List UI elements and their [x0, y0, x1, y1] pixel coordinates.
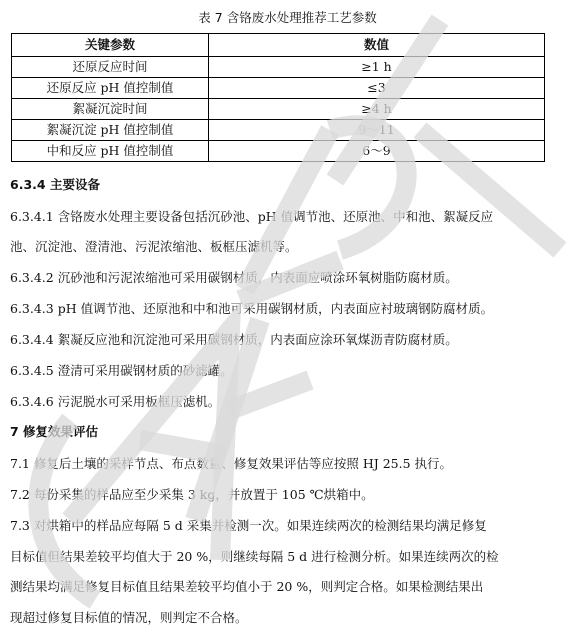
- paragraph-line: 现超过修复目标值的情况，则判定不合格。: [10, 608, 248, 626]
- value-cell: ≥4 h: [209, 99, 545, 120]
- paragraph-line: 6.3.4.2 沉砂池和污泥浓缩池可采用碳钢材质，内表面应喷涂环氧树脂防腐材质。: [10, 268, 458, 286]
- header-key-parameter: 关键参数: [12, 34, 209, 57]
- value-cell: 9～11: [209, 120, 545, 141]
- paragraph-line: 7.2 每份采集的样品应至少采集 3 kg，并放置于 105 ℃烘箱中。: [10, 485, 374, 503]
- table-row: 中和反应 pH 值控制值 6～9: [12, 141, 545, 162]
- value-cell: ≤3: [209, 78, 545, 99]
- paragraph-line: 6.3.4.3 pH 值调节池、还原池和中和池可采用碳钢材质，内表面应衬玻璃钢防…: [10, 299, 493, 317]
- paragraph-line: 6.3.4.6 污泥脱水可采用板框压滤机。: [10, 392, 220, 410]
- value-cell: ≥1 h: [209, 57, 545, 78]
- parameter-cell: 还原反应时间: [12, 57, 209, 78]
- paragraph-line: 池、沉淀池、澄清池、污泥浓缩池、板框压滤机等。: [10, 237, 298, 255]
- table-caption: 表 7 含铬废水处理推荐工艺参数: [0, 8, 575, 26]
- paragraph-line: 6.3.4.5 澄清可采用碳钢材质的砂滤罐。: [10, 361, 233, 379]
- section-heading-6-3-4: 6.3.4 主要设备: [10, 175, 100, 193]
- parameter-cell: 还原反应 pH 值控制值: [12, 78, 209, 99]
- parameter-cell: 中和反应 pH 值控制值: [12, 141, 209, 162]
- process-parameters-table: 关键参数 数值 还原反应时间 ≥1 h 还原反应 pH 值控制值 ≤3 絮凝沉淀…: [11, 33, 545, 162]
- table-row: 絮凝沉淀时间 ≥4 h: [12, 99, 545, 120]
- table-header-row: 关键参数 数值: [12, 34, 545, 57]
- paragraph-line: 目标值但结果差较平均值大于 20 %，则继续每隔 5 d 进行检测分析。如果连续…: [10, 547, 499, 565]
- section-heading-7: 7 修复效果评估: [10, 422, 98, 440]
- value-cell: 6～9: [209, 141, 545, 162]
- table-row: 还原反应 pH 值控制值 ≤3: [12, 78, 545, 99]
- paragraph-line: 7.3 对烘箱中的样品应每隔 5 d 采集并检测一次。如果连续两次的检测结果均满…: [10, 516, 487, 534]
- table-row: 絮凝沉淀 pH 值控制值 9～11: [12, 120, 545, 141]
- parameter-cell: 絮凝沉淀时间: [12, 99, 209, 120]
- parameter-cell: 絮凝沉淀 pH 值控制值: [12, 120, 209, 141]
- paragraph-line: 6.3.4.4 絮凝反应池和沉淀池可采用碳钢材质，内表面应涂环氧煤沥青防腐材质。: [10, 330, 458, 348]
- header-value: 数值: [209, 34, 545, 57]
- paragraph-line: 6.3.4.1 含铬废水处理主要设备包括沉砂池、pH 值调节池、还原池、中和池、…: [10, 207, 493, 225]
- table-row: 还原反应时间 ≥1 h: [12, 57, 545, 78]
- paragraph-line: 测结果均满足修复目标值且结果差较平均值小于 20 %，则判定合格。如果检测结果出: [10, 577, 483, 595]
- paragraph-line: 7.1 修复后土壤的采样节点、布点数量、修复效果评估等应按照 HJ 25.5 执…: [10, 454, 452, 472]
